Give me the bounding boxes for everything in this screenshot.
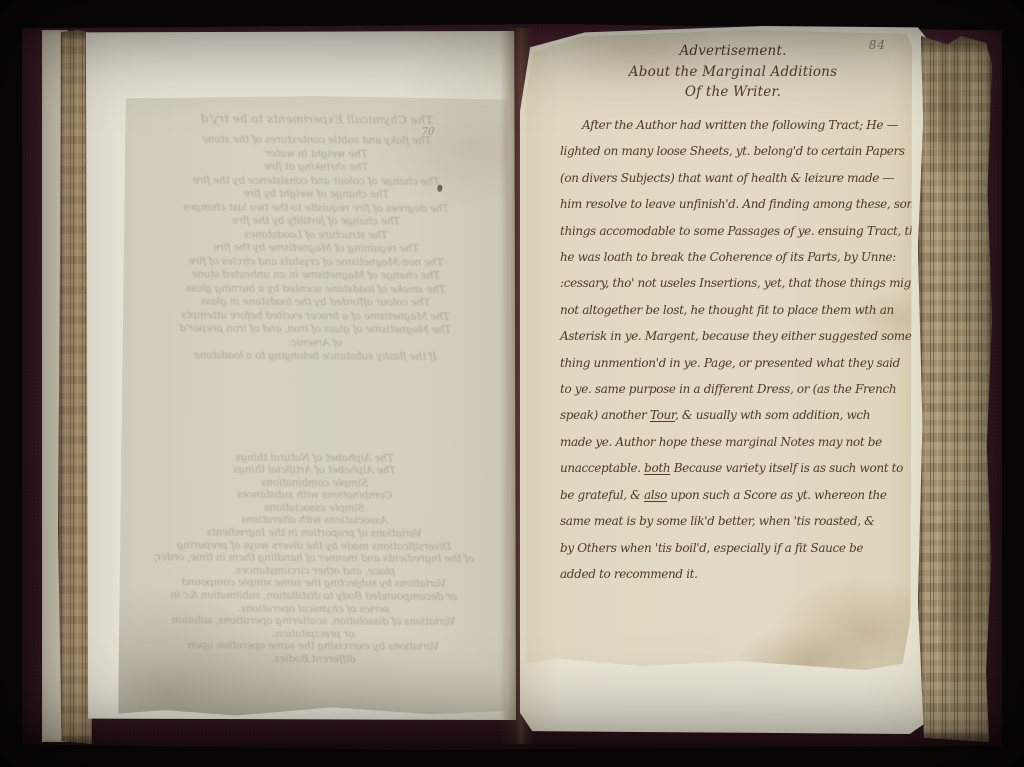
manuscript-photo: 70 The Chymicall Experiments to be try'd… [0,0,1024,767]
right-manuscript-page: 84 Advertisement.About the Marginal Addi… [526,30,912,670]
bleedthrough-top-lines: The flaky and subtle contextures of the … [126,133,505,365]
fore-edge-page-stack [918,36,992,742]
left-manuscript-page: 70 The Chymicall Experiments to be try'd… [118,95,512,717]
bleedthrough-top-group: The Chymicall Experiments to be try'd Th… [126,111,506,365]
bleedthrough-text: The Chymicall Experiments to be try'd Th… [124,111,505,667]
bleedthrough-header: The Chymicall Experiments to be try'd [128,111,506,127]
bleedthrough-bottom-group: The Alphabet of Natural thingsThe Alphab… [124,450,503,666]
page-heading: Advertisement.About the Marginal Additio… [526,41,912,103]
body-text: After the Author had written the followi… [560,112,906,587]
